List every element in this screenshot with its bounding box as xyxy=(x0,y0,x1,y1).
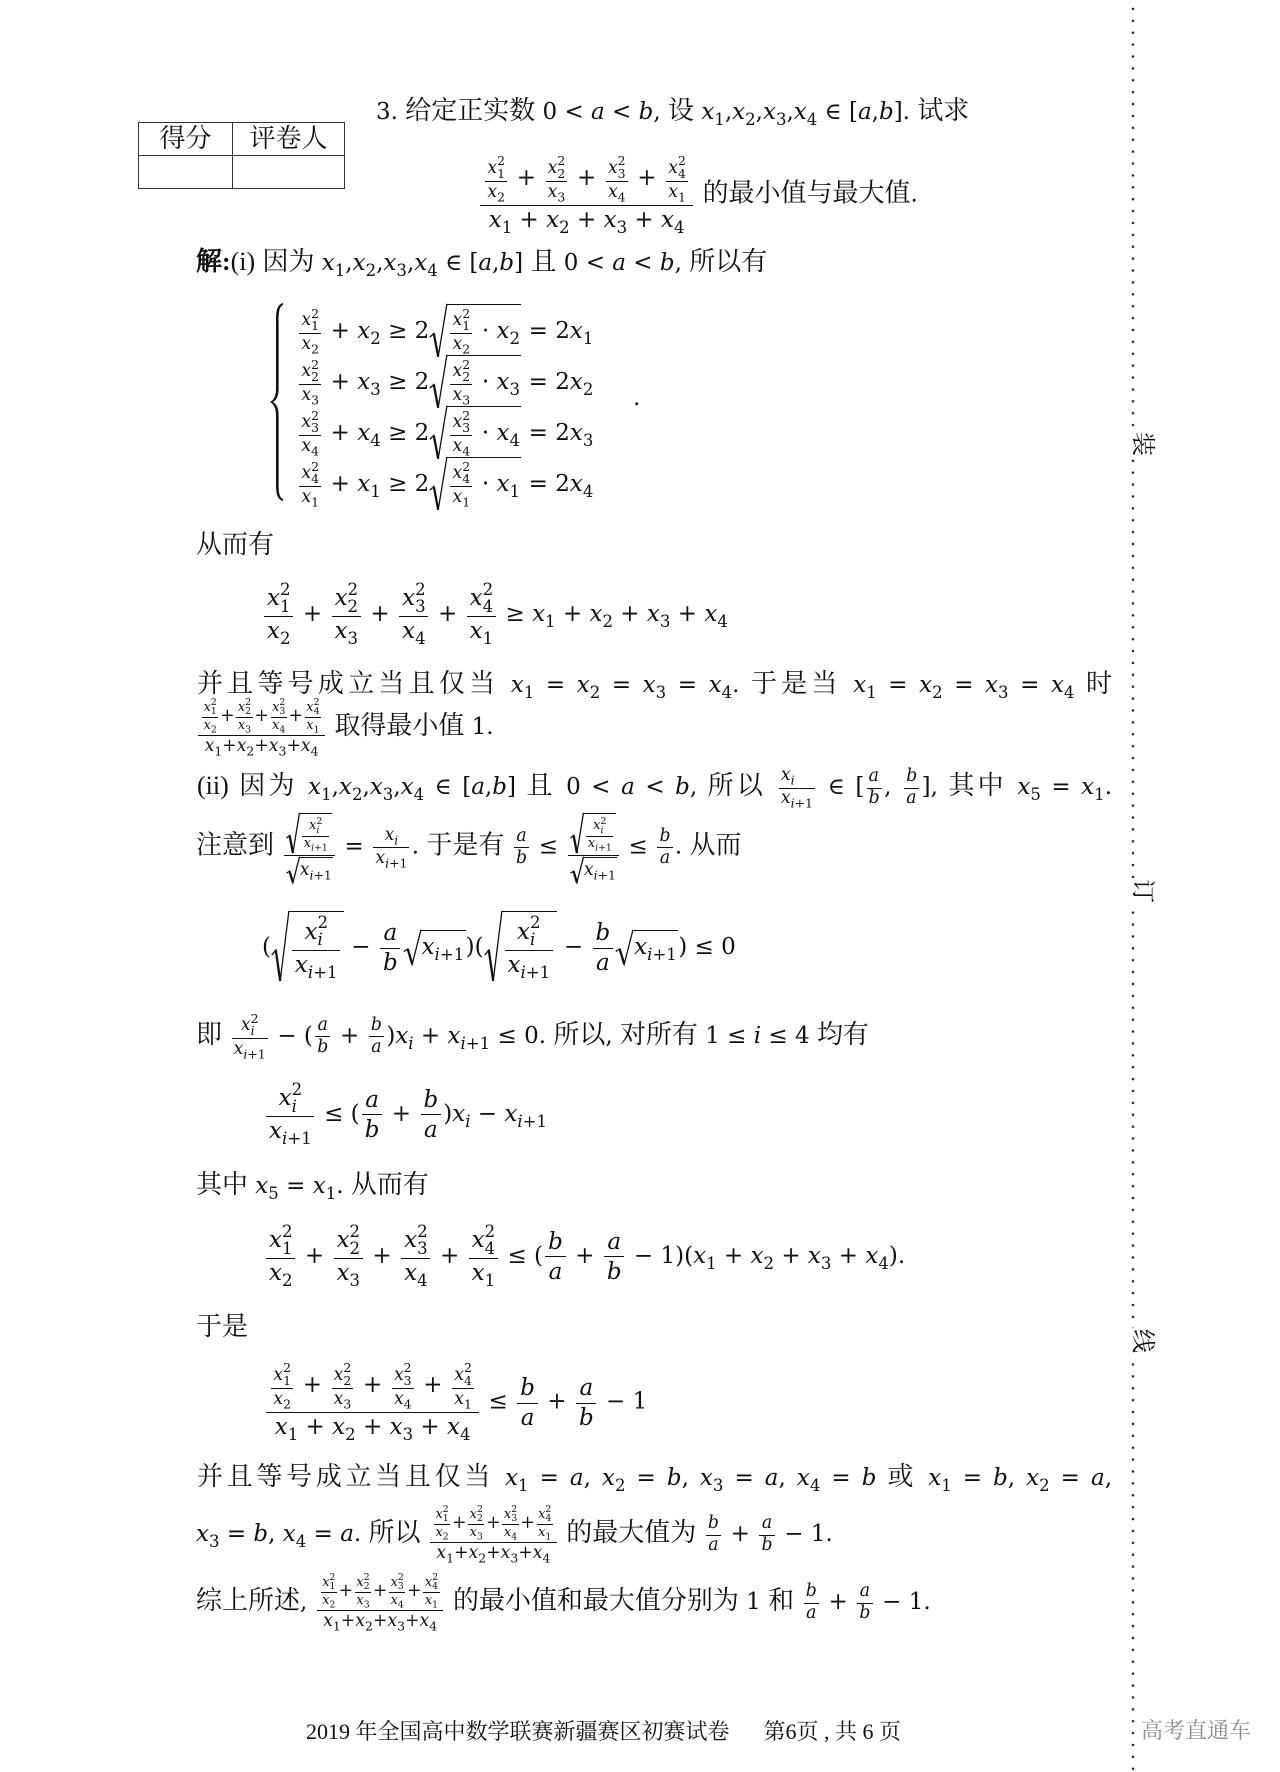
math-variable: x1 xyxy=(357,471,381,497)
math-symbol: − 1. xyxy=(875,1589,931,1615)
math-fraction: x23x4 xyxy=(389,1573,405,1610)
solution-line-hence: 于是 xyxy=(196,1311,248,1343)
script-stack: 21 xyxy=(462,308,470,333)
square-root: x23x4 · x4 xyxy=(429,406,521,460)
fraction-numerator: x24 xyxy=(537,1505,553,1525)
fraction-numerator: x21 xyxy=(321,1573,337,1593)
variable-base: x xyxy=(234,1039,244,1059)
variable-base: x xyxy=(454,1389,464,1409)
fraction-denominator: x1 xyxy=(452,1389,474,1411)
subscript: 3 xyxy=(403,1425,414,1444)
math-symbol: = xyxy=(952,1465,993,1491)
math-variable: x3 xyxy=(647,601,671,627)
page-footer: 2019 年全国高中数学联赛新疆赛区初赛试卷第6页 , 共 6 页 xyxy=(306,1717,901,1747)
square-root: x2ixi+1 xyxy=(484,911,557,982)
math-symbol: 4 xyxy=(509,431,520,450)
variable-base: x xyxy=(1081,774,1094,800)
fraction-numerator: a xyxy=(857,1582,872,1604)
math-fraction: ab xyxy=(604,1229,624,1285)
math-variable: a xyxy=(383,920,397,946)
math-fraction: x2ixi+1 xyxy=(266,1082,314,1148)
fraction-denominator: x1 xyxy=(666,182,688,204)
subscript: 4 xyxy=(717,612,728,631)
variable-base: x xyxy=(334,1365,344,1385)
subscript: i+1 xyxy=(385,856,407,871)
math-fraction: x23x4 xyxy=(606,155,628,203)
math-variable: x3 xyxy=(700,1465,724,1491)
math-symbol: + xyxy=(512,207,546,233)
variable-base: x xyxy=(275,1414,288,1440)
fraction-numerator: a xyxy=(380,920,400,949)
square-root: x24x1 · x1 xyxy=(429,457,521,511)
ratio-upper-bound: x21x2 + x22x3 + x23x4 + x24x1x1 + x2 + x… xyxy=(264,1362,647,1443)
math-variable: a xyxy=(612,250,626,276)
math-symbol: 2 xyxy=(478,1551,486,1566)
variable-base: x xyxy=(504,1101,517,1127)
subscript: 3 xyxy=(477,1531,483,1542)
variable-base: x xyxy=(301,361,311,381)
math-fraction: x21x2 xyxy=(450,308,472,356)
variable-base: x xyxy=(453,385,463,405)
subscript: 2 xyxy=(329,1599,335,1610)
script-stack: 22 xyxy=(477,1505,483,1524)
subscript: 3 xyxy=(364,1599,370,1610)
math-fraction: x2ixi+1 xyxy=(586,817,613,854)
subscript: 4 xyxy=(511,1531,517,1542)
fraction-denominator: x1 xyxy=(450,487,472,509)
script-stack: 21 xyxy=(443,1505,449,1524)
math-symbol: ) ≤ 0 xyxy=(678,934,736,960)
subscript: 4 xyxy=(414,785,425,804)
solution-line-12-row: 于是 xyxy=(196,1307,248,1347)
math-symbol: . xyxy=(675,834,690,860)
variable-base: x xyxy=(504,1507,511,1522)
math-symbol: + xyxy=(373,1611,387,1631)
math-symbol: 3. xyxy=(376,99,405,125)
fraction-numerator: x22 xyxy=(355,1573,371,1593)
system-row-1-expression: x21x2 + x2 ≥ 2x21x2 · x2 = 2x1 xyxy=(297,304,593,358)
math-variable: x22 xyxy=(453,361,471,381)
math-fraction: x23x4 xyxy=(450,410,472,458)
math-variable: x4 xyxy=(272,718,285,733)
math-variable: b xyxy=(660,826,671,846)
math-symbol: 4 xyxy=(370,431,381,450)
text-run: 所以 xyxy=(369,1518,421,1547)
math-symbol: 1 xyxy=(288,1425,299,1444)
math-symbol: +1 xyxy=(313,963,337,982)
variable-base: x xyxy=(387,1611,397,1631)
math-symbol: +1 xyxy=(526,963,550,982)
radical-sign-icon xyxy=(429,304,447,358)
script-stack: 23 xyxy=(398,1573,404,1592)
math-symbol: 4 xyxy=(296,1532,307,1551)
math-symbol: 4 xyxy=(722,683,733,702)
fraction-denominator: x3 xyxy=(468,1525,484,1541)
subscript: 4 xyxy=(807,110,818,129)
math-symbol: 1 xyxy=(509,482,520,501)
math-symbol: 2 xyxy=(602,612,613,631)
math-symbol: ], xyxy=(922,774,949,800)
math-symbol: 4 xyxy=(417,1271,428,1290)
math-variable: x22 xyxy=(356,1575,369,1590)
math-variable: xi xyxy=(452,1101,470,1127)
fraction-denominator: a xyxy=(545,1257,565,1285)
math-symbol: 4 xyxy=(279,724,285,735)
math-variable: x3 xyxy=(548,182,566,202)
math-symbol: 2 xyxy=(283,1396,291,1411)
math-symbol: = 2 xyxy=(521,369,570,395)
text-run: 因为 xyxy=(239,771,297,800)
math-fraction: x21x2+x22x3+x23x4+x24x1x1+x2+x3+x4 xyxy=(317,1573,444,1633)
subscript: i+1 xyxy=(594,867,616,882)
math-variable: x2 xyxy=(237,736,255,756)
subscript: 4 xyxy=(509,431,520,450)
math-fraction: x23x4 xyxy=(392,1362,414,1410)
score-table-header-row: 得分 评卷人 xyxy=(139,123,345,156)
subscript: 2 xyxy=(282,1271,293,1290)
variable-base: x xyxy=(496,471,509,497)
math-fraction: x21x2+x22x3+x23x4+x24x1x1+x2+x3+x4 xyxy=(198,698,325,758)
variable-base: x xyxy=(533,1543,543,1563)
subscript: 2 xyxy=(763,1254,774,1273)
variable-base: x xyxy=(1017,774,1030,800)
math-fraction: ba xyxy=(369,1016,384,1058)
math-symbol: + xyxy=(416,1373,450,1399)
math-symbol: ≤ xyxy=(481,1389,515,1415)
exam-title: 2019 年全国高中数学联赛新疆赛区初赛试卷 xyxy=(306,1719,730,1744)
subscript: i+1 xyxy=(520,963,550,982)
math-symbol: + xyxy=(613,601,647,627)
math-symbol: 3 xyxy=(348,629,359,648)
fraction-numerator: x24 xyxy=(423,1573,439,1593)
fraction-denominator: x4 xyxy=(450,436,472,458)
math-variable: x24 xyxy=(472,1227,496,1253)
math-fraction: x24x1 xyxy=(423,1573,439,1610)
variable-base: x xyxy=(356,1593,363,1608)
fraction-denominator: x2 xyxy=(264,617,293,648)
subscript: 1 xyxy=(524,683,535,702)
variable-base: x xyxy=(797,1465,810,1491)
math-fraction: x23x4 xyxy=(401,1224,430,1290)
variable-base: x xyxy=(472,1260,485,1286)
math-fraction: ab xyxy=(362,1087,382,1143)
math-symbol: 2 xyxy=(350,1239,361,1258)
math-variable: b xyxy=(879,99,894,125)
math-variable: a xyxy=(424,1117,438,1143)
math-symbol: 1 xyxy=(518,1476,529,1495)
fraction-numerator: b xyxy=(804,1582,819,1604)
subscript: 2 xyxy=(497,189,505,204)
math-symbol: + xyxy=(627,207,661,233)
math-symbol: + xyxy=(568,1243,602,1269)
variable-base: x xyxy=(353,250,366,276)
math-symbol: ). xyxy=(889,1243,905,1269)
subscript: 3 xyxy=(660,612,671,631)
fraction-denominator: xi+1 xyxy=(284,856,335,883)
math-variable: a xyxy=(371,1037,381,1057)
math-symbol: 1 xyxy=(583,329,594,348)
variable-base: x xyxy=(570,369,583,395)
fraction-numerator: x2i xyxy=(586,817,613,837)
math-symbol: + xyxy=(486,1543,500,1563)
fraction-numerator: x24 xyxy=(305,698,321,718)
math-symbol: 4 xyxy=(810,1476,821,1495)
math-symbol: 3 xyxy=(279,706,285,717)
math-symbol: + xyxy=(289,706,303,726)
math-symbol: = xyxy=(1041,774,1081,800)
math-symbol: 3 xyxy=(343,1396,351,1411)
math-symbol: + xyxy=(433,1243,467,1269)
math-variable: b xyxy=(993,1465,1008,1491)
math-variable: xi+1 xyxy=(300,860,332,880)
math-symbol: 0 < xyxy=(535,99,591,125)
problem-expression-row: x21x2 + x22x3 + x23x4 + x24x1x1 + x2 + x… xyxy=(478,146,918,246)
script-stack: 23 xyxy=(311,410,319,435)
subscript: i xyxy=(791,772,795,787)
math-symbol: , xyxy=(1105,1465,1112,1491)
variable-base: x xyxy=(602,1465,615,1491)
math-variable: x4 xyxy=(496,420,520,446)
math-symbol xyxy=(446,1589,453,1615)
math-symbol: 4 xyxy=(429,1619,437,1634)
solution-line-15-row: x3 = b, x4 = a. 所以 x21x2+x22x3+x23x4+x24… xyxy=(196,1505,833,1565)
radical-sign-icon xyxy=(570,813,584,854)
variable-base: x xyxy=(448,1023,461,1049)
math-variable: x22 xyxy=(301,361,319,381)
math-symbol xyxy=(876,1465,887,1491)
math-symbol: ≥ xyxy=(498,601,532,627)
subscript: 1 xyxy=(502,218,513,237)
variable-base: x xyxy=(323,1611,333,1631)
radicand: x22x3 · x3 xyxy=(447,355,521,409)
variable-base: x xyxy=(584,860,594,880)
variable-base: x xyxy=(453,334,463,354)
variable-base: x xyxy=(661,207,674,233)
math-fraction: x21x2 xyxy=(434,1505,450,1542)
subscript: 3 xyxy=(383,785,394,804)
math-symbol: 2 xyxy=(763,1254,774,1273)
math-variable: b xyxy=(708,1513,719,1533)
math-variable: x5 xyxy=(255,1173,279,1199)
score-cell xyxy=(139,156,233,189)
text-run: 所以 xyxy=(553,1020,605,1049)
math-variable: x2 xyxy=(1026,1465,1050,1491)
variable-base: x xyxy=(306,718,313,733)
math-fraction: ab xyxy=(514,827,529,869)
math-symbol: + xyxy=(570,166,604,192)
fraction-numerator: x23 xyxy=(392,1362,414,1389)
math-fraction: x24x1 xyxy=(452,1362,474,1410)
text-run: 从而有 xyxy=(196,530,274,559)
math-variable: x1 xyxy=(323,1611,341,1631)
subscript: 2 xyxy=(211,724,217,735)
fraction-denominator: a xyxy=(804,1604,819,1625)
binding-label-xian: 线 xyxy=(1129,1328,1155,1354)
variable-base: x xyxy=(357,318,370,344)
fraction-denominator: x2 xyxy=(266,1259,295,1290)
fraction-numerator: x22 xyxy=(450,359,472,386)
text-run: 即 xyxy=(196,1020,222,1049)
math-symbol: + xyxy=(356,1373,390,1399)
math-symbol: ≤ xyxy=(531,834,565,860)
math-symbol: − 1 xyxy=(599,1389,648,1415)
math-variable: x23 xyxy=(272,700,285,715)
math-variable: x2 xyxy=(273,1389,291,1409)
math-symbol: 0 < xyxy=(556,250,612,276)
math-variable: x2 xyxy=(267,618,291,644)
subscript: i xyxy=(530,932,541,949)
math-symbol: 3 xyxy=(311,420,319,435)
variable-base: x xyxy=(422,934,435,960)
math-variable: x2 xyxy=(751,1243,775,1269)
math-symbol: = xyxy=(626,1465,667,1491)
math-variable: x3 xyxy=(335,618,359,644)
math-variable: x2 xyxy=(355,1611,373,1631)
math-symbol: 4 xyxy=(674,218,685,237)
math-variable: b xyxy=(383,950,398,976)
math-variable: x3 xyxy=(390,1414,414,1440)
variable-base: x xyxy=(928,1465,941,1491)
math-symbol: 3 xyxy=(618,166,626,181)
math-variable: x2 xyxy=(469,1543,487,1563)
solution-line-1-row: 从而有 xyxy=(196,525,274,565)
variable-base: x xyxy=(375,848,385,868)
radical-sign-icon xyxy=(570,857,584,883)
variable-base: x xyxy=(370,774,383,800)
subscript: 2 xyxy=(352,785,363,804)
text-run: 其中 xyxy=(196,1170,248,1199)
conclusion-statement: 综上所述, x21x2+x22x3+x23x4+x24x1x1+x2+x3+x4… xyxy=(196,1573,931,1633)
math-variable: xi+1 xyxy=(507,952,550,978)
math-variable: x1 xyxy=(538,1525,551,1540)
solution-part-i-intro: 解:(i) 因为 x1,x2,x3,x4 ∈ [a,b] 且 0 < a < b… xyxy=(196,246,767,280)
math-fraction: x23x4 xyxy=(299,410,321,458)
variable-base: x xyxy=(301,436,311,456)
math-symbol: < xyxy=(605,99,639,125)
subscript: 4 xyxy=(460,1425,471,1444)
math-symbol: ∈ [ xyxy=(817,774,864,800)
fraction-numerator: a xyxy=(362,1087,382,1116)
variable-base: x xyxy=(548,158,558,178)
math-symbol: + xyxy=(831,1243,865,1269)
variable-base: x xyxy=(487,182,497,202)
math-symbol: 1 xyxy=(311,318,319,333)
text-run: 试求 xyxy=(917,96,969,125)
subscript: 2 xyxy=(509,329,520,348)
math-variable: x1 xyxy=(301,487,319,507)
math-variable: b xyxy=(579,1405,594,1431)
variable-base: x xyxy=(391,1593,398,1608)
math-symbol: + xyxy=(520,1513,534,1533)
subscript: 1 xyxy=(706,1254,717,1273)
math-fraction: x21x2 xyxy=(264,582,293,648)
variable-base: x xyxy=(496,318,509,344)
math-fraction: ab xyxy=(380,920,400,976)
subscript: 4 xyxy=(314,707,320,716)
solution-part-i-row: 解:(i) 因为 x1,x2,x3,x4 ∈ [a,b] 且 0 < a < b… xyxy=(196,243,767,283)
math-symbol: ≥ 2 xyxy=(381,420,430,446)
math-fraction: x24x1 xyxy=(467,582,496,648)
radicand: x2ixi+1 xyxy=(584,813,616,854)
math-symbol: ∈ [ xyxy=(424,774,471,800)
math-variable: x3 xyxy=(370,774,394,800)
fraction-numerator: x23 xyxy=(299,410,321,437)
math-symbol: 0 < xyxy=(556,774,621,800)
variable-base: x xyxy=(604,207,617,233)
variable-base: x xyxy=(511,672,524,698)
subscript: 1 xyxy=(462,320,470,332)
math-variable: x2 xyxy=(602,1465,626,1491)
math-fraction: x21x2 xyxy=(485,155,507,203)
variable-base: x xyxy=(454,1365,464,1385)
variable-base: x xyxy=(701,99,714,125)
math-fraction: x24x1 xyxy=(469,1224,498,1290)
math-symbol: = xyxy=(534,672,576,698)
variable-base: x xyxy=(196,1521,209,1547)
subscript: i+1 xyxy=(595,843,612,854)
math-symbol: . xyxy=(412,834,427,860)
system-row-4-expression: x24x1 + x1 ≥ 2x24x1 · x1 = 2x4 xyxy=(297,457,593,511)
subscript: 4 xyxy=(483,599,494,616)
subscript: 1 xyxy=(329,1582,335,1591)
math-symbol: , xyxy=(300,1589,315,1615)
math-symbol xyxy=(494,1465,505,1491)
fraction-numerator: x2ixi+1 xyxy=(284,813,335,856)
math-variable: xi+1 xyxy=(234,1039,266,1059)
math-variable: x1 xyxy=(308,774,332,800)
fraction-denominator: x1 xyxy=(469,1259,498,1290)
fraction-denominator: x4 xyxy=(606,182,628,204)
math-symbol: , xyxy=(884,774,902,800)
math-variable: xi+1 xyxy=(304,836,328,851)
subscript: 2 xyxy=(443,1531,449,1542)
fraction-denominator: a xyxy=(517,1404,537,1432)
math-variable: x21 xyxy=(453,310,471,330)
math-variable: b xyxy=(596,920,611,946)
text-run: 取得最小值 xyxy=(334,711,464,740)
math-variable: a xyxy=(860,1581,870,1601)
math-symbol xyxy=(314,250,321,276)
math-fraction: ba xyxy=(804,1582,819,1624)
math-variable: x2i xyxy=(309,818,322,833)
fraction-numerator: x24 xyxy=(467,582,496,617)
subscript: 2 xyxy=(311,371,319,383)
variable-base: x xyxy=(301,736,311,756)
fraction-denominator: xi+1 xyxy=(505,951,553,982)
exam-page: 装 订 线 得分 评卷人 3. 给定正实数 0 < a < b, 设 x1,x2… xyxy=(0,0,1280,1772)
math-variable: x22 xyxy=(548,158,566,178)
page-number: 第6页 , 共 6 页 xyxy=(764,1719,902,1744)
subscript: 2 xyxy=(745,110,756,129)
system-row-4: x24x1 + x1 ≥ 2x24x1 · x1 = 2x4 xyxy=(297,458,593,509)
math-variable: a xyxy=(340,1521,354,1547)
solution-label: 解: xyxy=(196,247,231,276)
math-symbol: + xyxy=(373,1581,387,1601)
subscript: 1 xyxy=(866,683,877,702)
fraction-numerator: b xyxy=(593,920,613,949)
fraction-numerator: x21 xyxy=(264,582,293,617)
math-variable: x4 xyxy=(865,1243,889,1269)
math-symbol: = 2 xyxy=(521,471,570,497)
fraction-numerator: x24 xyxy=(450,461,472,488)
variable-base: x xyxy=(570,420,583,446)
math-symbol: 2 xyxy=(745,110,756,129)
math-variable: a xyxy=(570,1465,584,1491)
math-symbol: , xyxy=(682,1465,700,1491)
math-variable: x24 xyxy=(454,1365,472,1385)
subscript: 1 xyxy=(280,599,291,616)
math-variable: xi xyxy=(781,765,795,785)
